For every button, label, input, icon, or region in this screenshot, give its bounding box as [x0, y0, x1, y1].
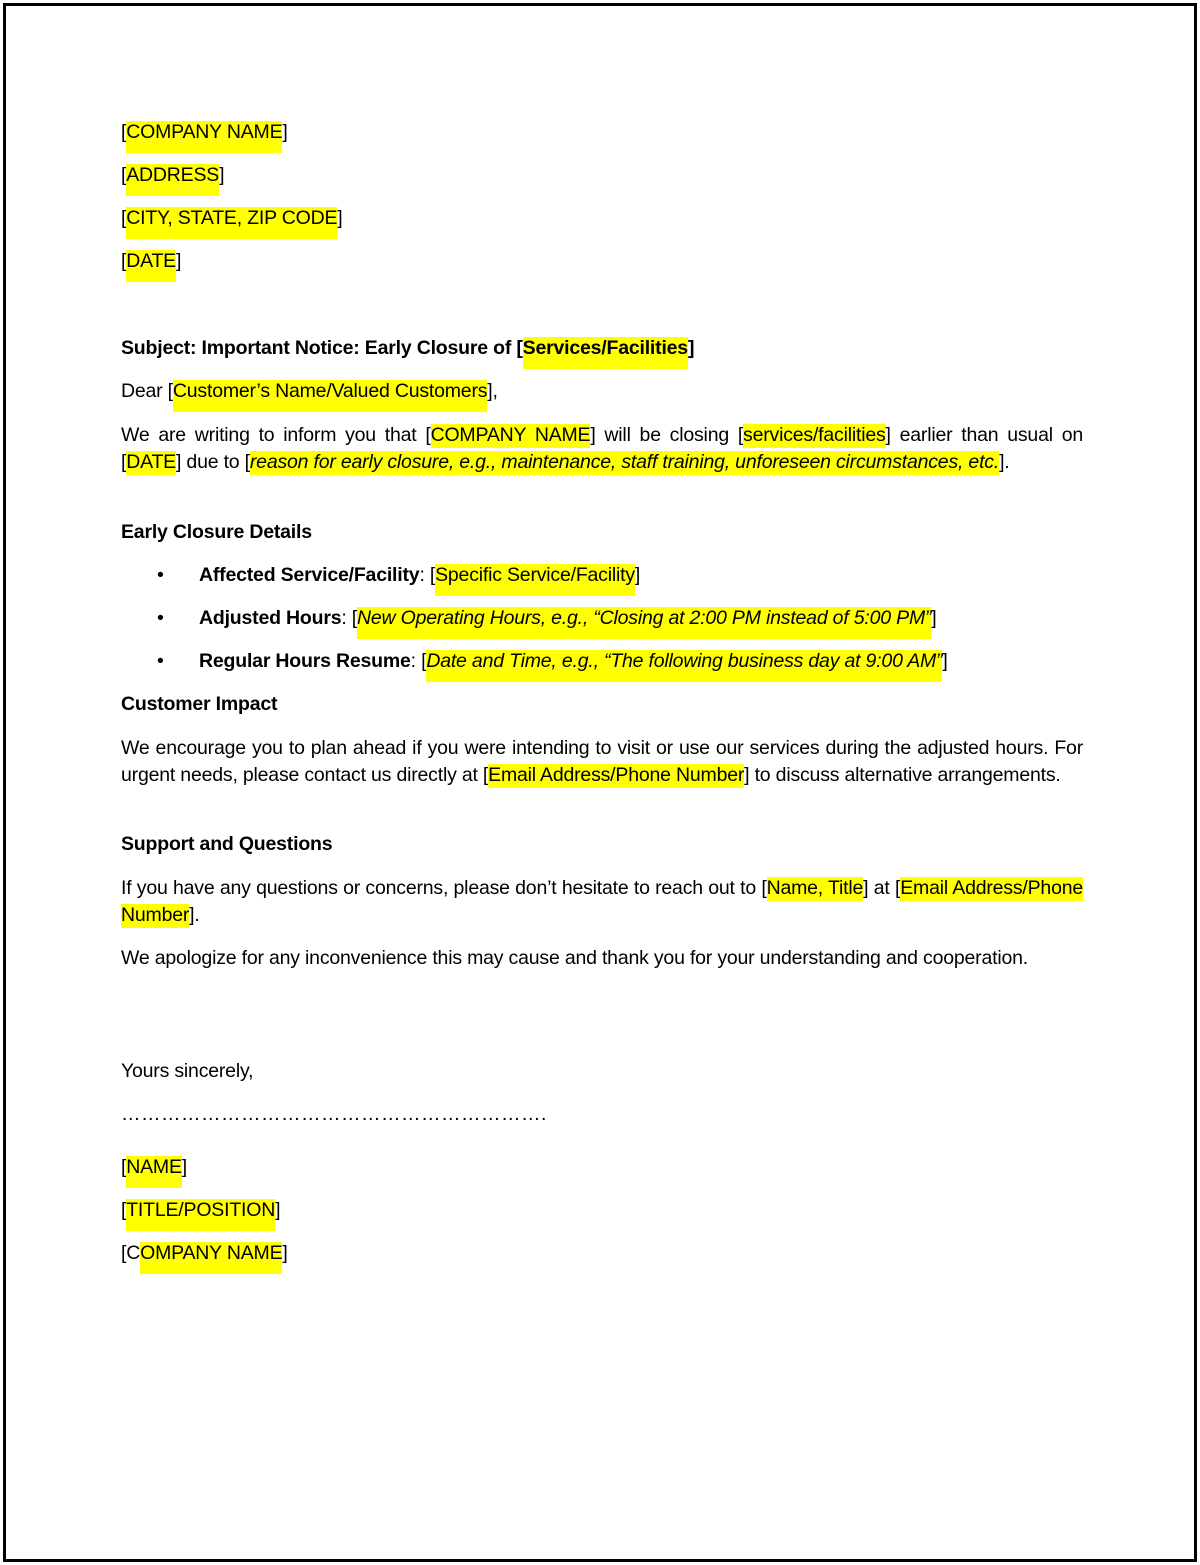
date-line: [DATE]: [121, 249, 181, 273]
details-item: •Adjusted Hours: [New Operating Hours, e…: [157, 606, 937, 630]
intro-text: ] will be closing [: [590, 424, 743, 446]
placeholder-customer-name[interactable]: Customer’s Name/Valued Customers: [173, 380, 487, 412]
details-sep: : [: [411, 650, 427, 672]
city-line: [CITY, STATE, ZIP CODE]: [121, 206, 343, 230]
subject-suffix: ]: [688, 337, 694, 359]
footer-title-line: [TITLE/POSITION]: [121, 1198, 280, 1222]
bullet-icon: •: [157, 606, 199, 630]
placeholder-services[interactable]: Services/Facilities: [523, 337, 688, 369]
placeholder-city[interactable]: CITY, STATE, ZIP CODE: [126, 207, 337, 239]
subject-line: Subject: Important Notice: Early Closure…: [121, 336, 694, 360]
details-end: ]: [931, 607, 936, 629]
impact-paragraph: We encourage you to plan ahead if you we…: [121, 735, 1083, 789]
placeholder-address[interactable]: ADDRESS: [126, 164, 219, 196]
impact-text: ] to discuss alternative arrangements.: [744, 764, 1060, 786]
subject-text: Subject: Important Notice: Early Closure…: [121, 337, 523, 359]
bullet-icon: •: [157, 649, 199, 673]
greeting-suffix: ],: [487, 380, 497, 402]
support-heading: Support and Questions: [121, 832, 332, 856]
intro-text: ].: [999, 451, 1009, 473]
company-name-line: [COMPANY NAME]: [121, 120, 288, 144]
placeholder-new-hours[interactable]: New Operating Hours, e.g., “Closing at 2…: [357, 607, 931, 639]
placeholder-company-name[interactable]: COMPANY NAME: [126, 121, 282, 153]
placeholder-resume-time[interactable]: Date and Time, e.g., “The following busi…: [426, 650, 942, 682]
details-heading: Early Closure Details: [121, 520, 312, 544]
placeholder-company-name-inline[interactable]: COMPANY NAME: [431, 424, 591, 448]
closing-paragraph: We apologize for any inconvenience this …: [121, 945, 1083, 972]
details-sep: : [: [419, 564, 435, 586]
company-initial: C: [126, 1242, 140, 1264]
placeholder-specific-service[interactable]: Specific Service/Facility: [435, 564, 635, 596]
placeholder-reason[interactable]: reason for early closure, e.g., maintena…: [250, 451, 999, 475]
signoff: Yours sincerely,: [121, 1059, 253, 1083]
address-line: [ADDRESS]: [121, 163, 224, 187]
intro-text: We are writing to inform you that [: [121, 424, 431, 446]
details-item: •Affected Service/Facility: [Specific Se…: [157, 563, 640, 587]
placeholder-title[interactable]: TITLE/POSITION: [126, 1199, 275, 1231]
document-page: [COMPANY NAME] [ADDRESS] [CITY, STATE, Z…: [3, 3, 1197, 1562]
greeting-line: Dear [Customer’s Name/Valued Customers],: [121, 379, 498, 403]
placeholder-date[interactable]: DATE: [126, 250, 176, 282]
details-label: Regular Hours Resume: [199, 650, 411, 672]
details-item: •Regular Hours Resume: [Date and Time, e…: [157, 649, 948, 673]
support-text: If you have any questions or concerns, p…: [121, 877, 767, 899]
details-sep: : [: [341, 607, 357, 629]
placeholder-services-inline[interactable]: services/facilities: [743, 424, 886, 448]
footer-company-line: [COMPANY NAME]: [121, 1241, 288, 1265]
support-text: ] at [: [863, 877, 900, 899]
placeholder-date-inline[interactable]: DATE: [126, 451, 176, 475]
impact-heading: Customer Impact: [121, 692, 277, 716]
intro-text: ] due to [: [176, 451, 250, 473]
details-end: ]: [942, 650, 947, 672]
footer-name-line: [NAME]: [121, 1155, 187, 1179]
signature-line: ……………………………………………………….: [121, 1102, 547, 1126]
placeholder-name-title[interactable]: Name, Title: [767, 877, 864, 901]
details-label: Adjusted Hours: [199, 607, 341, 629]
bullet-icon: •: [157, 563, 199, 587]
intro-paragraph: We are writing to inform you that [COMPA…: [121, 422, 1083, 476]
placeholder-name[interactable]: NAME: [126, 1156, 182, 1188]
support-paragraph: If you have any questions or concerns, p…: [121, 875, 1083, 929]
greeting-text: Dear [: [121, 380, 173, 402]
details-end: ]: [635, 564, 640, 586]
details-label: Affected Service/Facility: [199, 564, 419, 586]
placeholder-footer-company[interactable]: OMPANY NAME: [140, 1242, 282, 1274]
placeholder-contact[interactable]: Email Address/Phone Number: [488, 764, 744, 788]
support-text: ].: [189, 904, 199, 926]
